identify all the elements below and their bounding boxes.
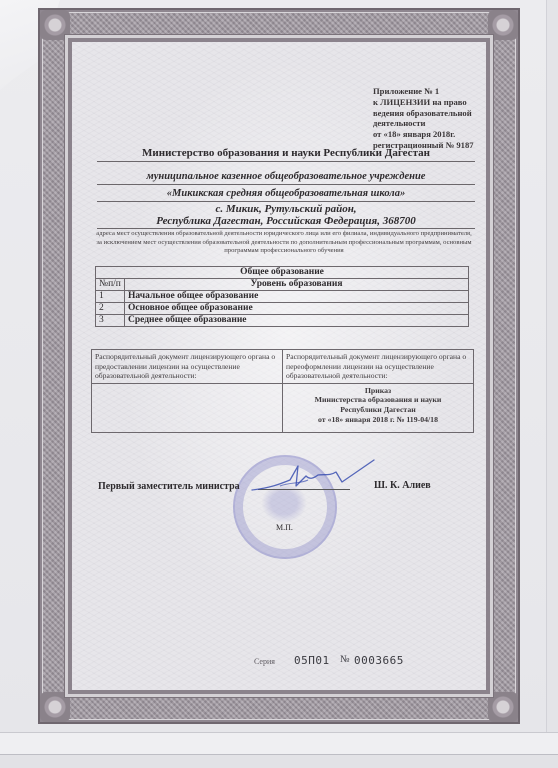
reissue-document-header: Распорядительный документ лицензирующего… — [283, 350, 474, 384]
order-line: Министерства образования и науки — [286, 395, 470, 405]
stamp-place-label: М.П. — [276, 523, 293, 532]
table-header-row: Распорядительный документ лицензирующего… — [92, 350, 474, 384]
table-row: Приказ Министерства образования и науки … — [92, 383, 474, 432]
row-number: 2 — [96, 303, 125, 315]
appendix-line: Приложение № 1 — [373, 86, 513, 97]
row-number: 1 — [96, 291, 125, 303]
signer-name: Ш. К. Алиев — [374, 480, 431, 491]
order-line: от «18» января 2018 г. № 119-04/18 — [286, 415, 470, 425]
education-level: Основное общее образование — [125, 303, 469, 315]
table-header-row: №п/п Уровень образования — [96, 279, 469, 291]
series-value: 05П01 — [294, 654, 330, 667]
education-levels-table: Общее образование №п/п Уровень образован… — [95, 266, 469, 327]
appendix-note: Приложение № 1 к ЛИЦЕНЗИИ на право веден… — [373, 86, 513, 151]
table-title-row: Общее образование — [96, 267, 469, 279]
reissue-document-value: Приказ Министерства образования и науки … — [283, 383, 474, 432]
table-title: Общее образование — [96, 267, 469, 279]
table-row: 3 Среднее общее образование — [96, 315, 469, 327]
table-row: 1 Начальное общее образование — [96, 291, 469, 303]
education-level: Среднее общее образование — [125, 315, 469, 327]
order-line: Приказ — [286, 386, 470, 396]
issue-document-value — [92, 383, 283, 432]
education-level: Начальное общее образование — [125, 291, 469, 303]
institution-name: «Микикская средняя общеобразовательная ш… — [97, 187, 475, 202]
series-label: Серия — [254, 657, 275, 666]
order-line: Республики Дагестан — [286, 405, 470, 415]
institution-type: муниципальное казенное общеобразовательн… — [97, 170, 475, 185]
row-number: 3 — [96, 315, 125, 327]
administrative-documents-table: Распорядительный документ лицензирующего… — [91, 349, 474, 433]
column-header-level: Уровень образования — [125, 279, 469, 291]
appendix-line: к ЛИЦЕНЗИИ на право — [373, 97, 513, 108]
number-sign: № — [340, 654, 350, 665]
handwritten-signature-icon — [250, 458, 380, 498]
address-note: адреса мест осуществления образовательно… — [95, 230, 473, 256]
column-header-number: №п/п — [96, 279, 125, 291]
scan-edge-right — [546, 0, 558, 768]
appendix-line: деятельности — [373, 118, 513, 129]
page-edge-lower — [0, 754, 558, 768]
issuing-ministry: Министерство образования и науки Республ… — [97, 146, 475, 162]
signer-title: Первый заместитель министра — [98, 481, 240, 492]
form-number: 0003665 — [354, 654, 404, 667]
table-row: 2 Основное общее образование — [96, 303, 469, 315]
issue-document-header: Распорядительный документ лицензирующего… — [92, 350, 283, 384]
appendix-line: ведения образовательной — [373, 108, 513, 119]
appendix-line: от «18» января 2018г. — [373, 129, 513, 140]
address-line-2: Республика Дагестан, Российская Федераци… — [97, 215, 475, 229]
